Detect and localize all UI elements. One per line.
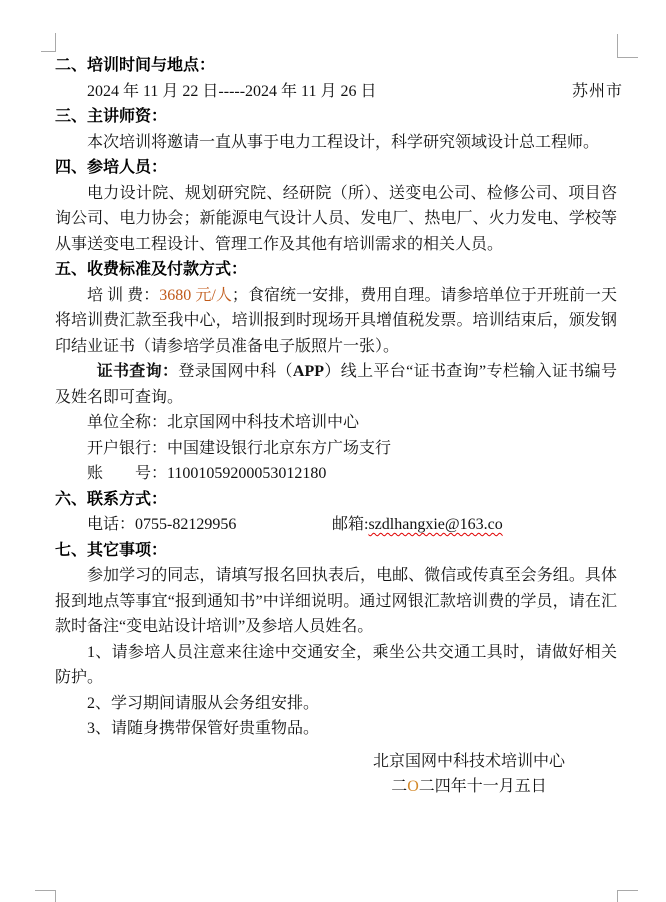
section-6-heading: 六、联系方式： bbox=[55, 487, 617, 513]
org-full-name-line: 单位全称：北京国网中科技术培训中心 bbox=[55, 410, 617, 436]
fee-amount: 3680 元/人 bbox=[159, 287, 232, 304]
section-7-item-1: 1、请参培人员注意来往途中交通安全，乘坐公共交通工具时，请做好相关防护。 bbox=[55, 640, 617, 691]
training-location: 苏州市 bbox=[540, 79, 623, 105]
fee-label: 培 训 费： bbox=[87, 287, 159, 304]
certificate-query-label: 证书查询： bbox=[97, 363, 179, 380]
section-2-line: 2024 年 11 月 22 日-----2024 年 11 月 26 日 苏州… bbox=[55, 79, 617, 105]
section-5-heading: 五、收费标准及付款方式： bbox=[55, 257, 617, 283]
certificate-query-paragraph: 证书查询：登录国网中科（APP）线上平台“证书查询”专栏输入证书编号及姓名即可查… bbox=[55, 359, 617, 410]
certificate-query-app: APP bbox=[293, 363, 324, 380]
crop-mark-top-left bbox=[41, 33, 56, 52]
section-2-heading: 二、培训时间与地点： bbox=[55, 53, 617, 79]
signature-org: 北京国网中科技术培训中心 bbox=[349, 749, 589, 775]
crop-mark-bottom-right bbox=[617, 890, 638, 902]
section-7-heading: 七、其它事项： bbox=[55, 538, 617, 564]
signature-date-suffix: 二四年十一月五日 bbox=[419, 778, 547, 795]
section-3-heading: 三、主讲师资： bbox=[55, 104, 617, 130]
crop-mark-bottom-left bbox=[35, 890, 56, 902]
contact-line: 电话：0755-82129956 邮箱:szdlhangxie@163.co bbox=[55, 512, 617, 538]
section-4-heading: 四、参培人员： bbox=[55, 155, 617, 181]
bank-line: 开户银行：中国建设银行北京东方广场支行 bbox=[55, 436, 617, 462]
section-4-body: 电力设计院、规划研究院、经研院（所）、送变电公司、检修公司、项目咨询公司、电力协… bbox=[55, 181, 617, 258]
signature-block: 北京国网中科技术培训中心 二O二四年十一月五日 bbox=[349, 749, 589, 800]
certificate-query-pre: 登录国网中科（ bbox=[178, 363, 293, 380]
signature-date-prefix: 二 bbox=[391, 778, 407, 795]
training-date-range: 2024 年 11 月 22 日-----2024 年 11 月 26 日 bbox=[87, 83, 376, 100]
fee-paragraph: 培 训 费：3680 元/人；食宿统一安排，费用自理。请参培单位于开班前一天将培… bbox=[55, 283, 617, 360]
crop-mark-top-right bbox=[617, 34, 638, 58]
section-7-item-2: 2、学习期间请服从会务组安排。 bbox=[55, 691, 617, 717]
signature-date: 二O二四年十一月五日 bbox=[349, 774, 589, 800]
section-7-item-3: 3、请随身携带保管好贵重物品。 bbox=[55, 716, 617, 742]
account-number-line: 账 号：11001059200053012180 bbox=[55, 461, 617, 487]
signature-date-o: O bbox=[407, 778, 419, 795]
section-7-paragraph: 参加学习的同志，请填写报名回执表后，电邮、微信或传真至会务组。具体报到地点等事宜… bbox=[55, 563, 617, 640]
email-address: szdlhangxie@163.co bbox=[368, 516, 502, 533]
email-label: 邮箱: bbox=[332, 516, 368, 533]
document-page: 二、培训时间与地点： 2024 年 11 月 22 日-----2024 年 1… bbox=[55, 53, 617, 800]
section-3-body: 本次培训将邀请一直从事于电力工程设计，科学研究领域设计总工程师。 bbox=[55, 130, 617, 156]
email-group: 邮箱:szdlhangxie@163.co bbox=[300, 512, 503, 538]
phone-number: 电话：0755-82129956 bbox=[87, 516, 236, 533]
